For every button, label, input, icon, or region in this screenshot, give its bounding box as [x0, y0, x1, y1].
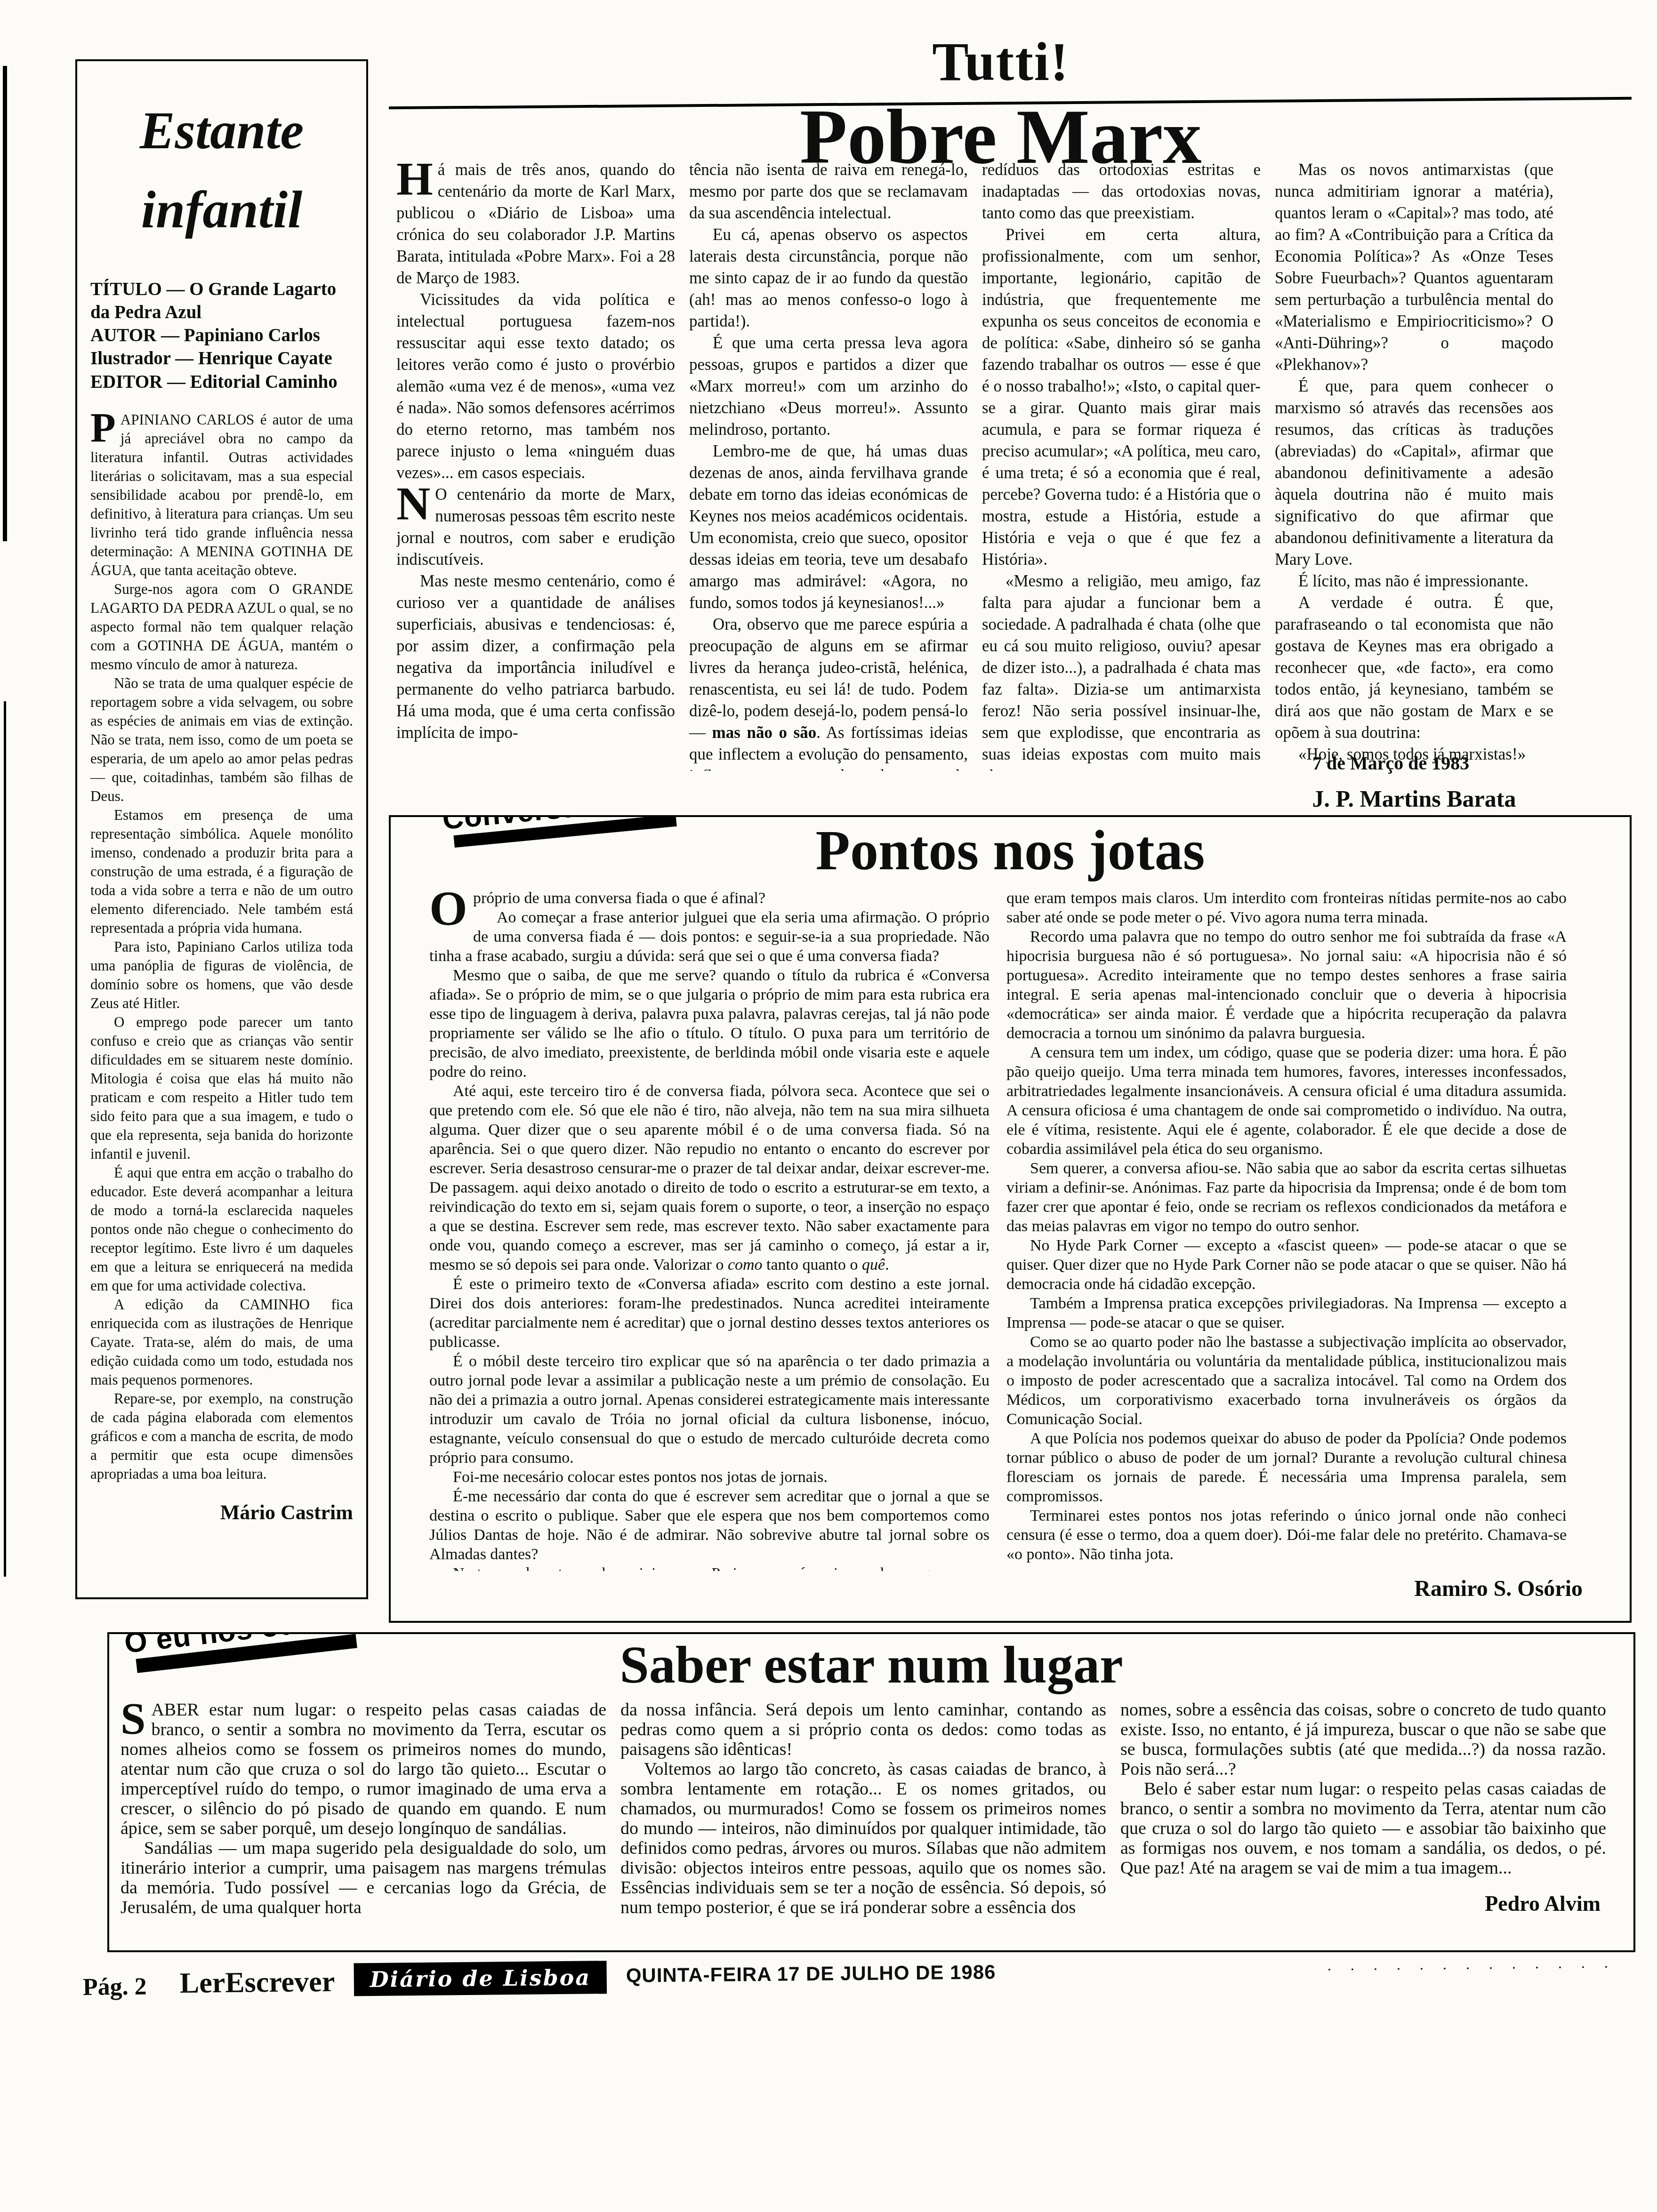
byline-mario-castrim: Mário Castrim	[90, 1500, 353, 1524]
drop-cap: H	[396, 160, 433, 198]
saber-column-2: da nossa infância. Será depois um lento …	[620, 1700, 1106, 1926]
article-estante-infantil: Estante infantil TÍTULO — O Grande Lagar…	[75, 59, 368, 1599]
page-footer: Pág. 2 LerEscrever Diário de Lisboa QUIN…	[0, 1946, 1657, 2023]
article-pontos-nos-jotas: Conversa afiada Pontos nos jotas Oprópri…	[389, 815, 1632, 1623]
pobre-marx-column-3: redíduos das ortodoxias estritas e inada…	[982, 159, 1261, 771]
paragraph: Também a Imprensa pratica excepções priv…	[1006, 1294, 1567, 1332]
paragraph: Há mais de três anos, quando do centenár…	[396, 159, 675, 289]
paragraph: É lícito, mas não é impressionante.	[1275, 570, 1553, 592]
pobre-marx-column-4: Mas os novos antimarxistas (que nunca ad…	[1275, 159, 1553, 771]
drop-cap: S	[121, 1701, 145, 1737]
paragraph: Surge-nos agora com O GRANDE LAGARTO DA …	[90, 580, 353, 674]
paragraph: Privei em certa altura, profissionalment…	[982, 224, 1261, 570]
drop-cap: O	[429, 890, 467, 928]
drop-cap: N	[396, 485, 430, 522]
paragraph: PAPINIANO CARLOS é autor de uma já aprec…	[90, 410, 353, 580]
paragraph: Opróprio de uma conversa fiada o que é a…	[429, 889, 989, 908]
paragraph: Terminarei estes pontos nos jotas referi…	[1006, 1506, 1567, 1564]
scan-edge-artifact	[3, 66, 7, 541]
paragraph: TÍTULO — O Grande Lagarto da Pedra Azul	[90, 278, 353, 324]
paragraph: Para isto, Papiniano Carlos utiliza toda…	[90, 938, 353, 1013]
paragraph: Sem querer, a conversa afiou-se. Não sab…	[1006, 1159, 1567, 1236]
scan-edge-artifact	[4, 701, 6, 1577]
paragraph: É aqui que entra em acção o trabalho do …	[90, 1163, 353, 1295]
newspaper-page: Estante infantil TÍTULO — O Grande Lagar…	[0, 0, 1657, 2212]
paragraph: nomes, sobre a essência das coisas, sobr…	[1120, 1700, 1606, 1779]
date-line: QUINTA-FEIRA 17 DE JULHO DE 1986	[626, 1961, 996, 1987]
paragraph: Eu cá, apenas observo os aspectos latera…	[689, 224, 968, 332]
paragraph: Mas neste mesmo centenário, como é curio…	[396, 570, 675, 744]
paragraph: Como se ao quarto poder não lhe bastasse…	[1006, 1332, 1567, 1429]
diario-de-lisboa-masthead: Diário de Lisboa	[354, 1961, 607, 1996]
paragraph: tência não isenta de raiva em renegá-lo,…	[689, 159, 968, 224]
paragraph: Foi-me necesário colocar estes pontos no…	[429, 1467, 989, 1487]
paragraph: É-me necessário dar conta do que é escre…	[429, 1487, 989, 1564]
paragraph: A verdade é outra. É que, parafraseando …	[1275, 592, 1553, 744]
paragraph: É que, para quem conhecer o marxismo só …	[1275, 376, 1553, 570]
kicker-tutti: Tutti!	[389, 31, 1613, 94]
paragraph: EDITOR — Editorial Caminho	[90, 370, 353, 393]
paragraph: Até aqui, este terceiro tiro é de conver…	[429, 1082, 989, 1274]
paragraph: Ao começar a frase anterior julguei que …	[429, 908, 989, 966]
paragraph: Mas os novos antimarxistas (que nunca ad…	[1275, 159, 1553, 376]
pontos-column-1: Opróprio de uma conversa fiada o que é a…	[429, 889, 989, 1571]
paragraph: É o móbil deste terceiro tiro explicar q…	[429, 1352, 989, 1467]
drop-cap: P	[90, 412, 116, 445]
paragraph: Ora, observo que me parece espúria a pre…	[689, 614, 968, 771]
paragraph: Repare-se, por exemplo, na construção de…	[90, 1389, 353, 1483]
title-line-2: infantil	[90, 170, 353, 249]
book-info-block: TÍTULO — O Grande Lagarto da Pedra AzulA…	[90, 278, 353, 393]
article-saber-estar-num-lugar: O eu nos outros Saber estar num lugar SA…	[107, 1632, 1635, 1952]
paragraph: A que Polícia nos podemos queixar do abu…	[1006, 1429, 1567, 1506]
pontos-nos-jotas-title: Pontos nos jotas	[391, 818, 1630, 883]
dotted-mark: . . . . . . . . . . . . .	[1327, 1954, 1616, 1975]
paragraph: Vicissitudes da vida política e intelect…	[396, 289, 675, 484]
byline-ramiro-osorio: Ramiro S. Osório	[1414, 1576, 1583, 1602]
paragraph: AUTOR — Papiniano Carlos	[90, 324, 353, 347]
paragraph: Ilustrador — Henrique Cayate	[90, 347, 353, 370]
paragraph: Mesmo que o saiba, de que me serve? quan…	[429, 966, 989, 1082]
paragraph: Não se trata de uma qualquer espécie de …	[90, 674, 353, 806]
paragraph: Lembro-me de que, há umas duas dezenas d…	[689, 441, 968, 614]
paragraph: É que uma certa pressa leva agora pessoa…	[689, 332, 968, 441]
section-name: LerEscrever	[180, 1965, 335, 2000]
paragraph: SABER estar num lugar: o respeito pelas …	[121, 1700, 606, 1838]
paragraph: «Mesmo a religião, meu amigo, faz falta …	[982, 570, 1261, 771]
page-number: Pág. 2	[83, 1973, 147, 2001]
paragraph: O emprego pode parecer um tanto confuso …	[90, 1013, 353, 1163]
paragraph: Voltemos ao largo tão concreto, às casas…	[620, 1759, 1106, 1917]
byline-pedro-alvim: Pedro Alvim	[1485, 1891, 1601, 1916]
paragraph: Estamos em presença de uma representação…	[90, 806, 353, 938]
paragraph: A censura tem um index, um código, quase…	[1006, 1043, 1567, 1159]
byline-jp-martins-barata: J. P. Martins Barata	[1275, 785, 1553, 812]
pontos-column-2: que eram tempos mais claros. Um interdit…	[1006, 889, 1567, 1571]
paragraph: É este o primeiro texto de «Conversa afi…	[429, 1274, 989, 1352]
paragraph: Sandálias — um mapa sugerido pela desigu…	[121, 1838, 606, 1917]
paragraph: que eram tempos mais claros. Um interdit…	[1006, 889, 1567, 927]
estante-body-text: PAPINIANO CARLOS é autor de uma já aprec…	[90, 410, 353, 1483]
dateline: 7 de Março de 1983	[1312, 752, 1469, 774]
title-line-1: Estante	[90, 91, 353, 170]
article-pobre-marx: Tutti! Pobre Marx Há mais de três anos, …	[389, 26, 1632, 826]
pobre-marx-column-1: Há mais de três anos, quando do centenár…	[396, 159, 675, 771]
saber-estar-title: Saber estar num lugar	[109, 1635, 1633, 1696]
saber-column-1: SABER estar num lugar: o respeito pelas …	[121, 1700, 606, 1926]
paragraph: Recordo uma palavra que no tempo do outr…	[1006, 927, 1567, 1043]
paragraph: redíduos das ortodoxias estritas e inada…	[982, 159, 1261, 224]
paragraph: Belo é saber estar num lugar: o respeito…	[1120, 1779, 1606, 1878]
estante-infantil-title: Estante infantil	[90, 91, 353, 249]
paragraph: NO centenário da morte de Marx, numerosa…	[396, 484, 675, 570]
paragraph: No Hyde Park Corner — excepto a «fascist…	[1006, 1236, 1567, 1294]
paragraph: No tempo do outro senhor, vivia eu em Pa…	[429, 1564, 989, 1571]
paragraph: da nossa infância. Será depois um lento …	[620, 1700, 1106, 1759]
pobre-marx-column-2: tência não isenta de raiva em renegá-lo,…	[689, 159, 968, 771]
paragraph: A edição da CAMINHO fica enriquecida com…	[90, 1295, 353, 1389]
